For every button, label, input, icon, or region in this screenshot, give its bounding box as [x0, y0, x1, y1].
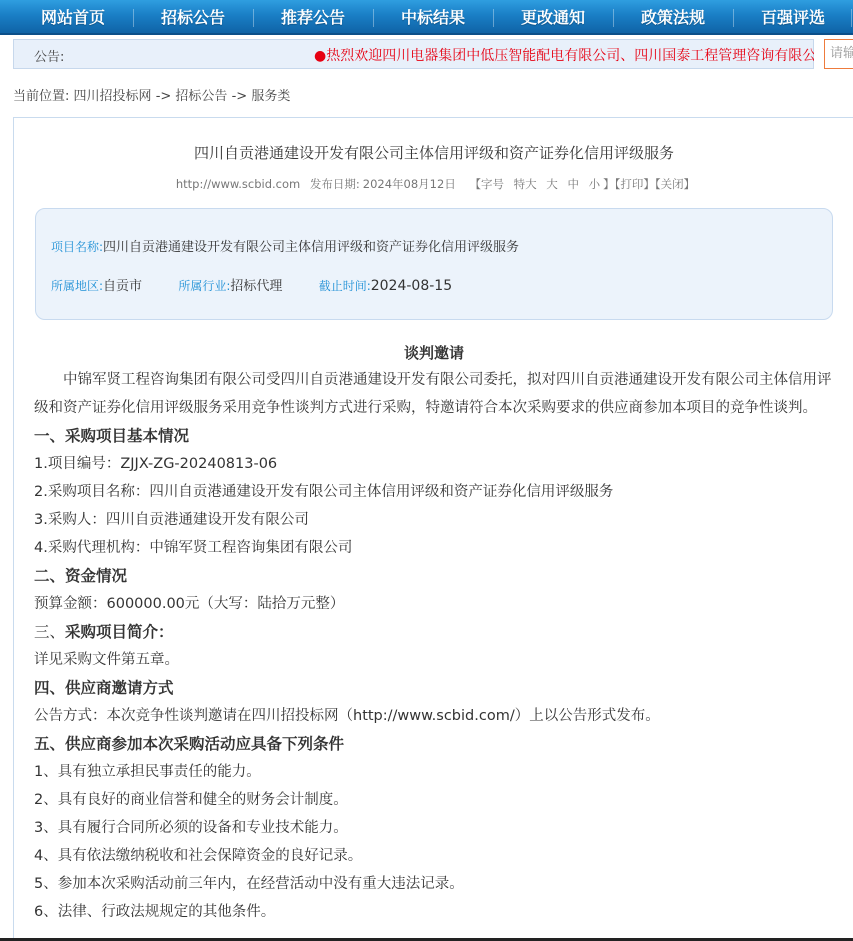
breadcrumb-link-service[interactable]: 服务类	[251, 89, 290, 104]
article-heading: 谈判邀请	[34, 340, 834, 366]
section-3-title-text: 采购项目简介：	[65, 623, 174, 641]
project-name-label: 项目名称:	[51, 240, 103, 254]
nav-item-policy[interactable]: 政策法规	[640, 0, 706, 35]
section-3-title: 三、采购项目简介：	[34, 618, 834, 646]
notice-label: 公告:	[34, 46, 64, 65]
section-4-line: 公告方式：本次竞争性谈判邀请在四川招投标网（http://www.scbid.c…	[34, 702, 834, 730]
font-size-medium[interactable]: 中	[567, 177, 579, 191]
section-3-prefix: 三、	[34, 623, 65, 641]
section-1-line: 4.采购代理机构：中锦军贤工程咨询集团有限公司	[34, 534, 834, 562]
site-url: http://www.scbid.com	[176, 177, 300, 191]
article-title: 四川自贡港通建设开发有限公司主体信用评级和资产证券化信用评级服务	[14, 142, 853, 163]
section-3-line: 详见采购文件第五章。	[34, 646, 834, 674]
font-size-close-bracket: 】	[603, 177, 615, 191]
breadcrumb-separator: ->	[156, 89, 172, 104]
breadcrumb-separator: ->	[232, 89, 248, 104]
nav-item-tender-notice[interactable]: 招标公告	[160, 0, 226, 35]
region-value: 自贡市	[103, 279, 142, 294]
section-1-title: 一、采购项目基本情况	[34, 422, 834, 450]
nav-divider	[133, 9, 134, 27]
nav-item-recommended[interactable]: 推荐公告	[280, 0, 346, 35]
print-button[interactable]: 【打印】	[615, 177, 655, 191]
deadline-value: 2024-08-15	[371, 278, 452, 294]
section-5-line: 5、参加本次采购活动前三年内，在经营活动中没有重大违法记录。	[34, 870, 834, 898]
project-name-row: 项目名称:四川自贡港通建设开发有限公司主体信用评级和资产证券化信用评级服务	[51, 236, 519, 255]
section-1-line: 3.采购人：四川自贡港通建设开发有限公司	[34, 506, 834, 534]
font-size-large[interactable]: 大	[546, 177, 558, 191]
section-5-line: 4、具有依法缴纳税收和社会保障资金的良好记录。	[34, 842, 834, 870]
notice-bar: 公告: ●热烈欢迎四川电器集团中低压智能配电有限公司、四川国泰工程管理咨询有限公…	[13, 39, 814, 69]
notice-marquee[interactable]: ●热烈欢迎四川电器集团中低压智能配电有限公司、四川国泰工程管理咨询有限公司	[314, 45, 814, 65]
region-label: 所属地区:	[51, 279, 103, 293]
section-4-title: 四、供应商邀请方式	[34, 674, 834, 702]
section-5-line: 3、具有履行合同所必须的设备和专业技术能力。	[34, 814, 834, 842]
breadcrumb-link-tender[interactable]: 招标公告	[175, 89, 227, 104]
industry-value: 招标代理	[230, 279, 282, 294]
font-size-label: 【字号	[469, 177, 504, 191]
nav-divider	[253, 9, 254, 27]
nav-divider	[373, 9, 374, 27]
project-name-value: 四川自贡港通建设开发有限公司主体信用评级和资产证券化信用评级服务	[103, 240, 519, 255]
deadline-label: 截止时间:	[319, 279, 371, 293]
close-button[interactable]: 【关闭】	[655, 177, 695, 191]
industry-label: 所属行业:	[178, 279, 230, 293]
search-input[interactable]: 请输入关键字	[824, 39, 853, 69]
nav-item-top100[interactable]: 百强评选	[760, 0, 826, 35]
section-2-line: 预算金额：600000.00元（大写：陆拾万元整）	[34, 590, 834, 618]
section-2-title: 二、资金情况	[34, 562, 834, 590]
nav-item-change-notice[interactable]: 更改通知	[520, 0, 586, 35]
font-size-small[interactable]: 小	[589, 177, 601, 191]
breadcrumb-prefix: 当前位置:	[13, 89, 69, 104]
main-nav: 网站首页 招标公告 推荐公告 中标结果 更改通知 政策法规 百强评选	[0, 0, 853, 35]
nav-divider	[493, 9, 494, 27]
intro-paragraph: 中锦军贤工程咨询集团有限公司受四川自贡港通建设开发有限公司委托，拟对四川自贡港通…	[34, 366, 834, 422]
section-1-line: 1.项目编号：ZJJX-ZG-20240813-06	[34, 450, 834, 478]
article-body: 谈判邀请 中锦军贤工程咨询集团有限公司受四川自贡港通建设开发有限公司委托，拟对四…	[34, 340, 834, 926]
nav-item-home[interactable]: 网站首页	[40, 0, 106, 35]
section-1-line: 2.采购项目名称：四川自贡港通建设开发有限公司主体信用评级和资产证券化信用评级服…	[34, 478, 834, 506]
breadcrumb-link-home[interactable]: 四川招投标网	[74, 89, 152, 104]
section-5-title: 五、供应商参加本次采购活动应具备下列条件	[34, 730, 834, 758]
section-5-line: 1、具有独立承担民事责任的能力。	[34, 758, 834, 786]
font-size-xlarge[interactable]: 特大	[514, 177, 537, 191]
nav-item-award-results[interactable]: 中标结果	[400, 0, 466, 35]
publish-date: 2024年08月12日	[363, 177, 456, 191]
nav-divider	[733, 9, 734, 27]
article-meta: http://www.scbid.com 发布日期:2024年08月12日 【字…	[14, 176, 853, 192]
article-panel: 四川自贡港通建设开发有限公司主体信用评级和资产证券化信用评级服务 http://…	[13, 117, 853, 941]
nav-divider	[613, 9, 614, 27]
section-5-line: 6、法律、行政法规规定的其他条件。	[34, 898, 834, 926]
section-5-line: 2、具有良好的商业信誉和健全的财务会计制度。	[34, 786, 834, 814]
publish-date-label: 发布日期:	[310, 177, 360, 191]
project-meta-row: 所属地区:自贡市 所属行业:招标代理 截止时间:2024-08-15	[51, 275, 452, 294]
breadcrumb: 当前位置: 四川招投标网 -> 招标公告 -> 服务类	[13, 85, 290, 104]
nav-divider	[851, 9, 852, 27]
project-info-box: 项目名称:四川自贡港通建设开发有限公司主体信用评级和资产证券化信用评级服务 所属…	[35, 208, 833, 320]
